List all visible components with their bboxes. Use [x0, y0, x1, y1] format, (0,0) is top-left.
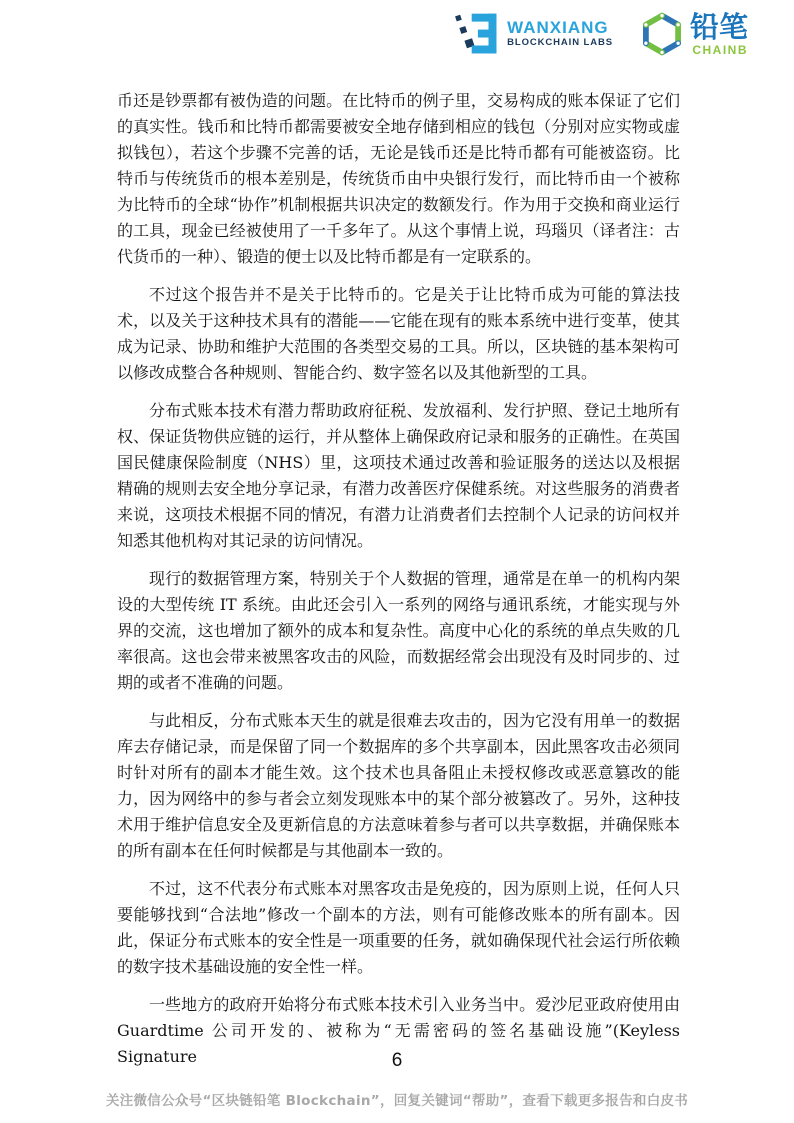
chainb-logo-subtitle: CHAINB — [692, 44, 748, 56]
page-header: WANXIANG BLOCKCHAIN LABS — [454, 10, 748, 58]
chainb-logo-title: 铅笔 — [690, 12, 748, 42]
wanxiang-logo: WANXIANG BLOCKCHAIN LABS — [454, 11, 613, 57]
page-number: 6 — [0, 1050, 794, 1072]
wanxiang-logo-text: WANXIANG BLOCKCHAIN LABS — [507, 19, 613, 48]
wanxiang-logo-name: WANXIANG — [507, 19, 613, 37]
page-footer-notice: 关注微信公众号“区块链铅笔 Blockchain”，回复关键词“帮助”，查看下载… — [0, 1089, 794, 1109]
paragraph-1: 币还是钞票都有被伪造的问题。在比特币的例子里，交易构成的账本保证了它们的真实性。… — [117, 88, 680, 270]
chainb-chain-hexagon-icon — [639, 10, 685, 58]
paragraph-5: 与此相反，分布式账本天生的就是很难去攻击的，因为它没有用单一的数据库去存储记录，… — [117, 708, 680, 864]
wanxiang-logo-icon — [454, 11, 500, 57]
paragraph-2: 不过这个报告并不是关于比特币的。它是关于让比特币成为可能的算法技术，以及关于这种… — [117, 282, 680, 386]
wanxiang-logo-subtitle: BLOCKCHAIN LABS — [507, 37, 613, 48]
chainb-logo: 铅笔 CHAINB — [639, 10, 748, 58]
paragraph-6: 不过，这不代表分布式账本对黑客攻击是免疫的，因为原则上说，任何人只要能够找到“合… — [117, 876, 680, 980]
chainb-logo-text: 铅笔 CHAINB — [690, 12, 748, 55]
paragraph-3: 分布式账本技术有潜力帮助政府征税、发放福利、发行护照、登记土地所有权、保证货物供… — [117, 398, 680, 554]
document-body: 币还是钞票都有被伪造的问题。在比特币的例子里，交易构成的账本保证了它们的真实性。… — [117, 88, 680, 1082]
document-page: WANXIANG BLOCKCHAIN LABS — [0, 0, 794, 1123]
paragraph-4: 现行的数据管理方案，特别关于个人数据的管理，通常是在单一的机构内架设的大型传统 … — [117, 566, 680, 696]
